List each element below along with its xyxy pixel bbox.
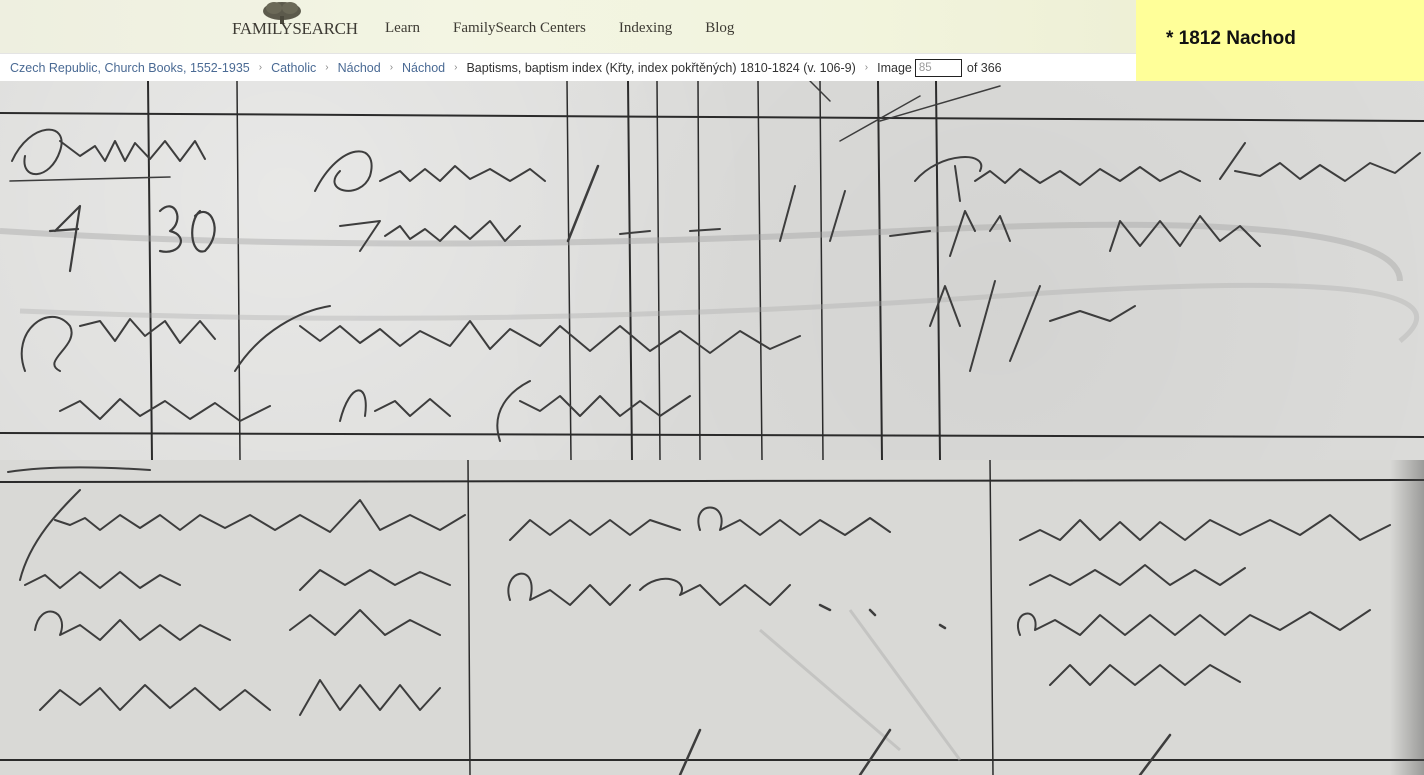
annotation-text: * 1812 Nachod bbox=[1166, 28, 1296, 50]
nav-learn[interactable]: Learn bbox=[385, 20, 420, 37]
image-label: Image bbox=[877, 61, 912, 75]
breadcrumb: Czech Republic, Church Books, 1552-1935 … bbox=[0, 53, 1136, 81]
page-edge-shadow bbox=[1390, 460, 1424, 775]
breadcrumb-collection[interactable]: Czech Republic, Church Books, 1552-1935 bbox=[10, 61, 250, 75]
main-nav: Learn FamilySearch Centers Indexing Blog bbox=[385, 20, 767, 37]
breadcrumb-separator-icon: › bbox=[865, 62, 868, 73]
breadcrumb-parish[interactable]: Náchod bbox=[402, 61, 445, 75]
breadcrumb-separator-icon: › bbox=[259, 62, 262, 73]
breadcrumb-separator-icon: › bbox=[454, 62, 457, 73]
record-image-bottom[interactable] bbox=[0, 460, 1424, 775]
breadcrumb-volume: Baptisms, baptism index (Křty, index pok… bbox=[466, 61, 855, 75]
breadcrumb-separator-icon: › bbox=[390, 62, 393, 73]
site-header: FAMILYSEARCH Learn FamilySearch Centers … bbox=[0, 0, 1136, 53]
nav-familysearch-centers[interactable]: FamilySearch Centers bbox=[453, 20, 586, 37]
logo-text: FAMILYSEARCH bbox=[232, 19, 358, 39]
image-total: of 366 bbox=[967, 61, 1002, 75]
record-image-top[interactable] bbox=[0, 81, 1424, 460]
breadcrumb-district[interactable]: Náchod bbox=[338, 61, 381, 75]
image-number-input[interactable] bbox=[915, 59, 962, 77]
familysearch-logo[interactable]: FAMILYSEARCH bbox=[232, 0, 354, 45]
annotation-note: * 1812 Nachod bbox=[1136, 0, 1424, 81]
nav-indexing[interactable]: Indexing bbox=[619, 20, 672, 37]
breadcrumb-separator-icon: › bbox=[325, 62, 328, 73]
breadcrumb-religion[interactable]: Catholic bbox=[271, 61, 316, 75]
nav-blog[interactable]: Blog bbox=[705, 20, 734, 37]
